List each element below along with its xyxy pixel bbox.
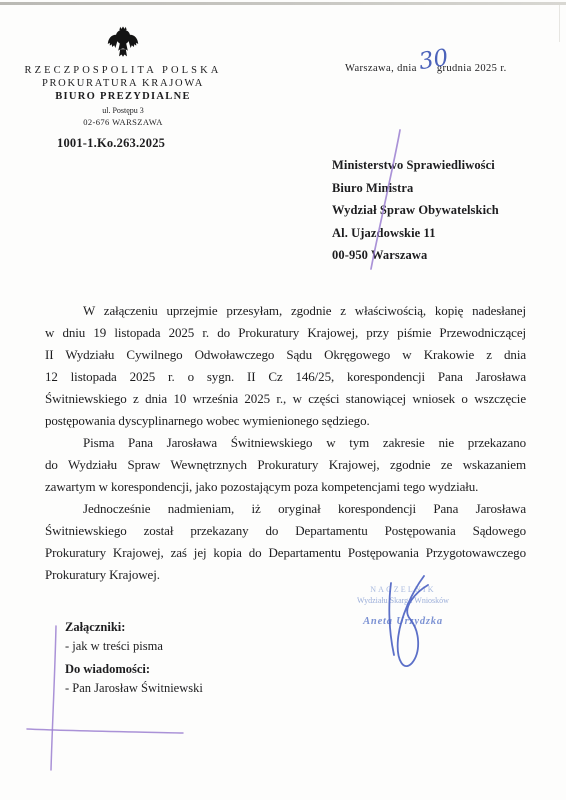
attachments-item: - jak w treści pisma [65,639,163,654]
body-line: II Wydziału Cywilnego Odwoławczego Sądu … [45,344,526,366]
attachments-block: Załączniki: - jak w treści pisma [65,620,163,654]
scan-edge-artifact-top [0,2,566,5]
addressee-line: Wydział Spraw Obywatelskich [332,199,499,222]
addressee-line: 00-950 Warszawa [332,244,499,267]
signature-stroke-1 [389,583,394,655]
pen-cross-vertical [51,626,56,770]
date-prefix: Warszawa, dnia [345,63,417,74]
cc-item: - Pan Jarosław Świtniewski [65,681,203,696]
letterhead-office: BIURO PREZYDIALNE [18,91,228,102]
pen-cross-horizontal [27,729,183,733]
scan-edge-artifact-right [559,2,560,42]
addressee-block: Ministerstwo Sprawiedliwości Biuro Minis… [332,154,499,267]
body-line: 12 listopada 2025 r. o sygn. II Cz 146/2… [45,366,526,388]
letterhead-city: 02-676 WARSZAWA [18,117,228,127]
cc-block: Do wiadomości: - Pan Jarosław Świtniewsk… [65,662,203,696]
addressee-line: Biuro Ministra [332,177,499,200]
body-text: W załączeniu uprzejmie przesyłam, zgodni… [45,300,526,586]
stamp-title-line2: Wydziału Skarg i Wniosków [340,596,466,605]
letterhead-country: RZECZPOSPOLITA POLSKA [18,65,228,76]
letterhead: RZECZPOSPOLITA POLSKA PROKURATURA KRAJOW… [18,24,228,127]
reference-number: 1001-1.Ko.263.2025 [57,136,165,151]
official-stamp: NACZELNIK Wydziału Skarg i Wniosków Anet… [340,585,466,627]
letterhead-street: ul. Postępu 3 [18,106,228,115]
body-line: Jednocześnie nadmieniam, iż oryginał kor… [45,498,526,520]
body-line: do Wydziału Spraw Wewnętrznych Prokuratu… [45,454,526,476]
addressee-line: Ministerstwo Sprawiedliwości [332,154,499,177]
stamp-signer-name: Aneta Urzydzka [340,616,466,627]
addressee-line: Al. Ujazdowskie 11 [332,222,499,245]
body-line: postępowania dyscyplinarnego wobec wymie… [45,410,526,432]
letterhead-institution: PROKURATURA KRAJOWA [18,78,228,89]
body-line: Prokuratury Krajowej, zaś jej kopia do D… [45,542,526,564]
signature-stroke-2 [398,576,428,666]
attachments-label: Załączniki: [65,620,163,635]
body-line: Pisma Pana Jarosława Świtniewskiego w ty… [45,432,526,454]
body-line: w dniu 19 listopada 2025 r. do Prokuratu… [45,322,526,344]
body-line: Świtniewskiego został przekazany do Depa… [45,520,526,542]
body-line: Prokuratury Krajowej. [45,564,526,586]
body-line: Świtniewskiego z dnia 10 września 2025 r… [45,388,526,410]
cc-label: Do wiadomości: [65,662,203,677]
polish-eagle-emblem [107,24,139,60]
handwritten-day-number: 30 [417,45,450,75]
scanned-letter-page: RZECZPOSPOLITA POLSKA PROKURATURA KRAJOW… [0,0,566,800]
body-line: W załączeniu uprzejmie przesyłam, zgodni… [45,300,526,322]
stamp-title-line1: NACZELNIK [340,585,466,594]
body-line: zawartym w korespondencji, jako pozostaj… [45,476,526,498]
